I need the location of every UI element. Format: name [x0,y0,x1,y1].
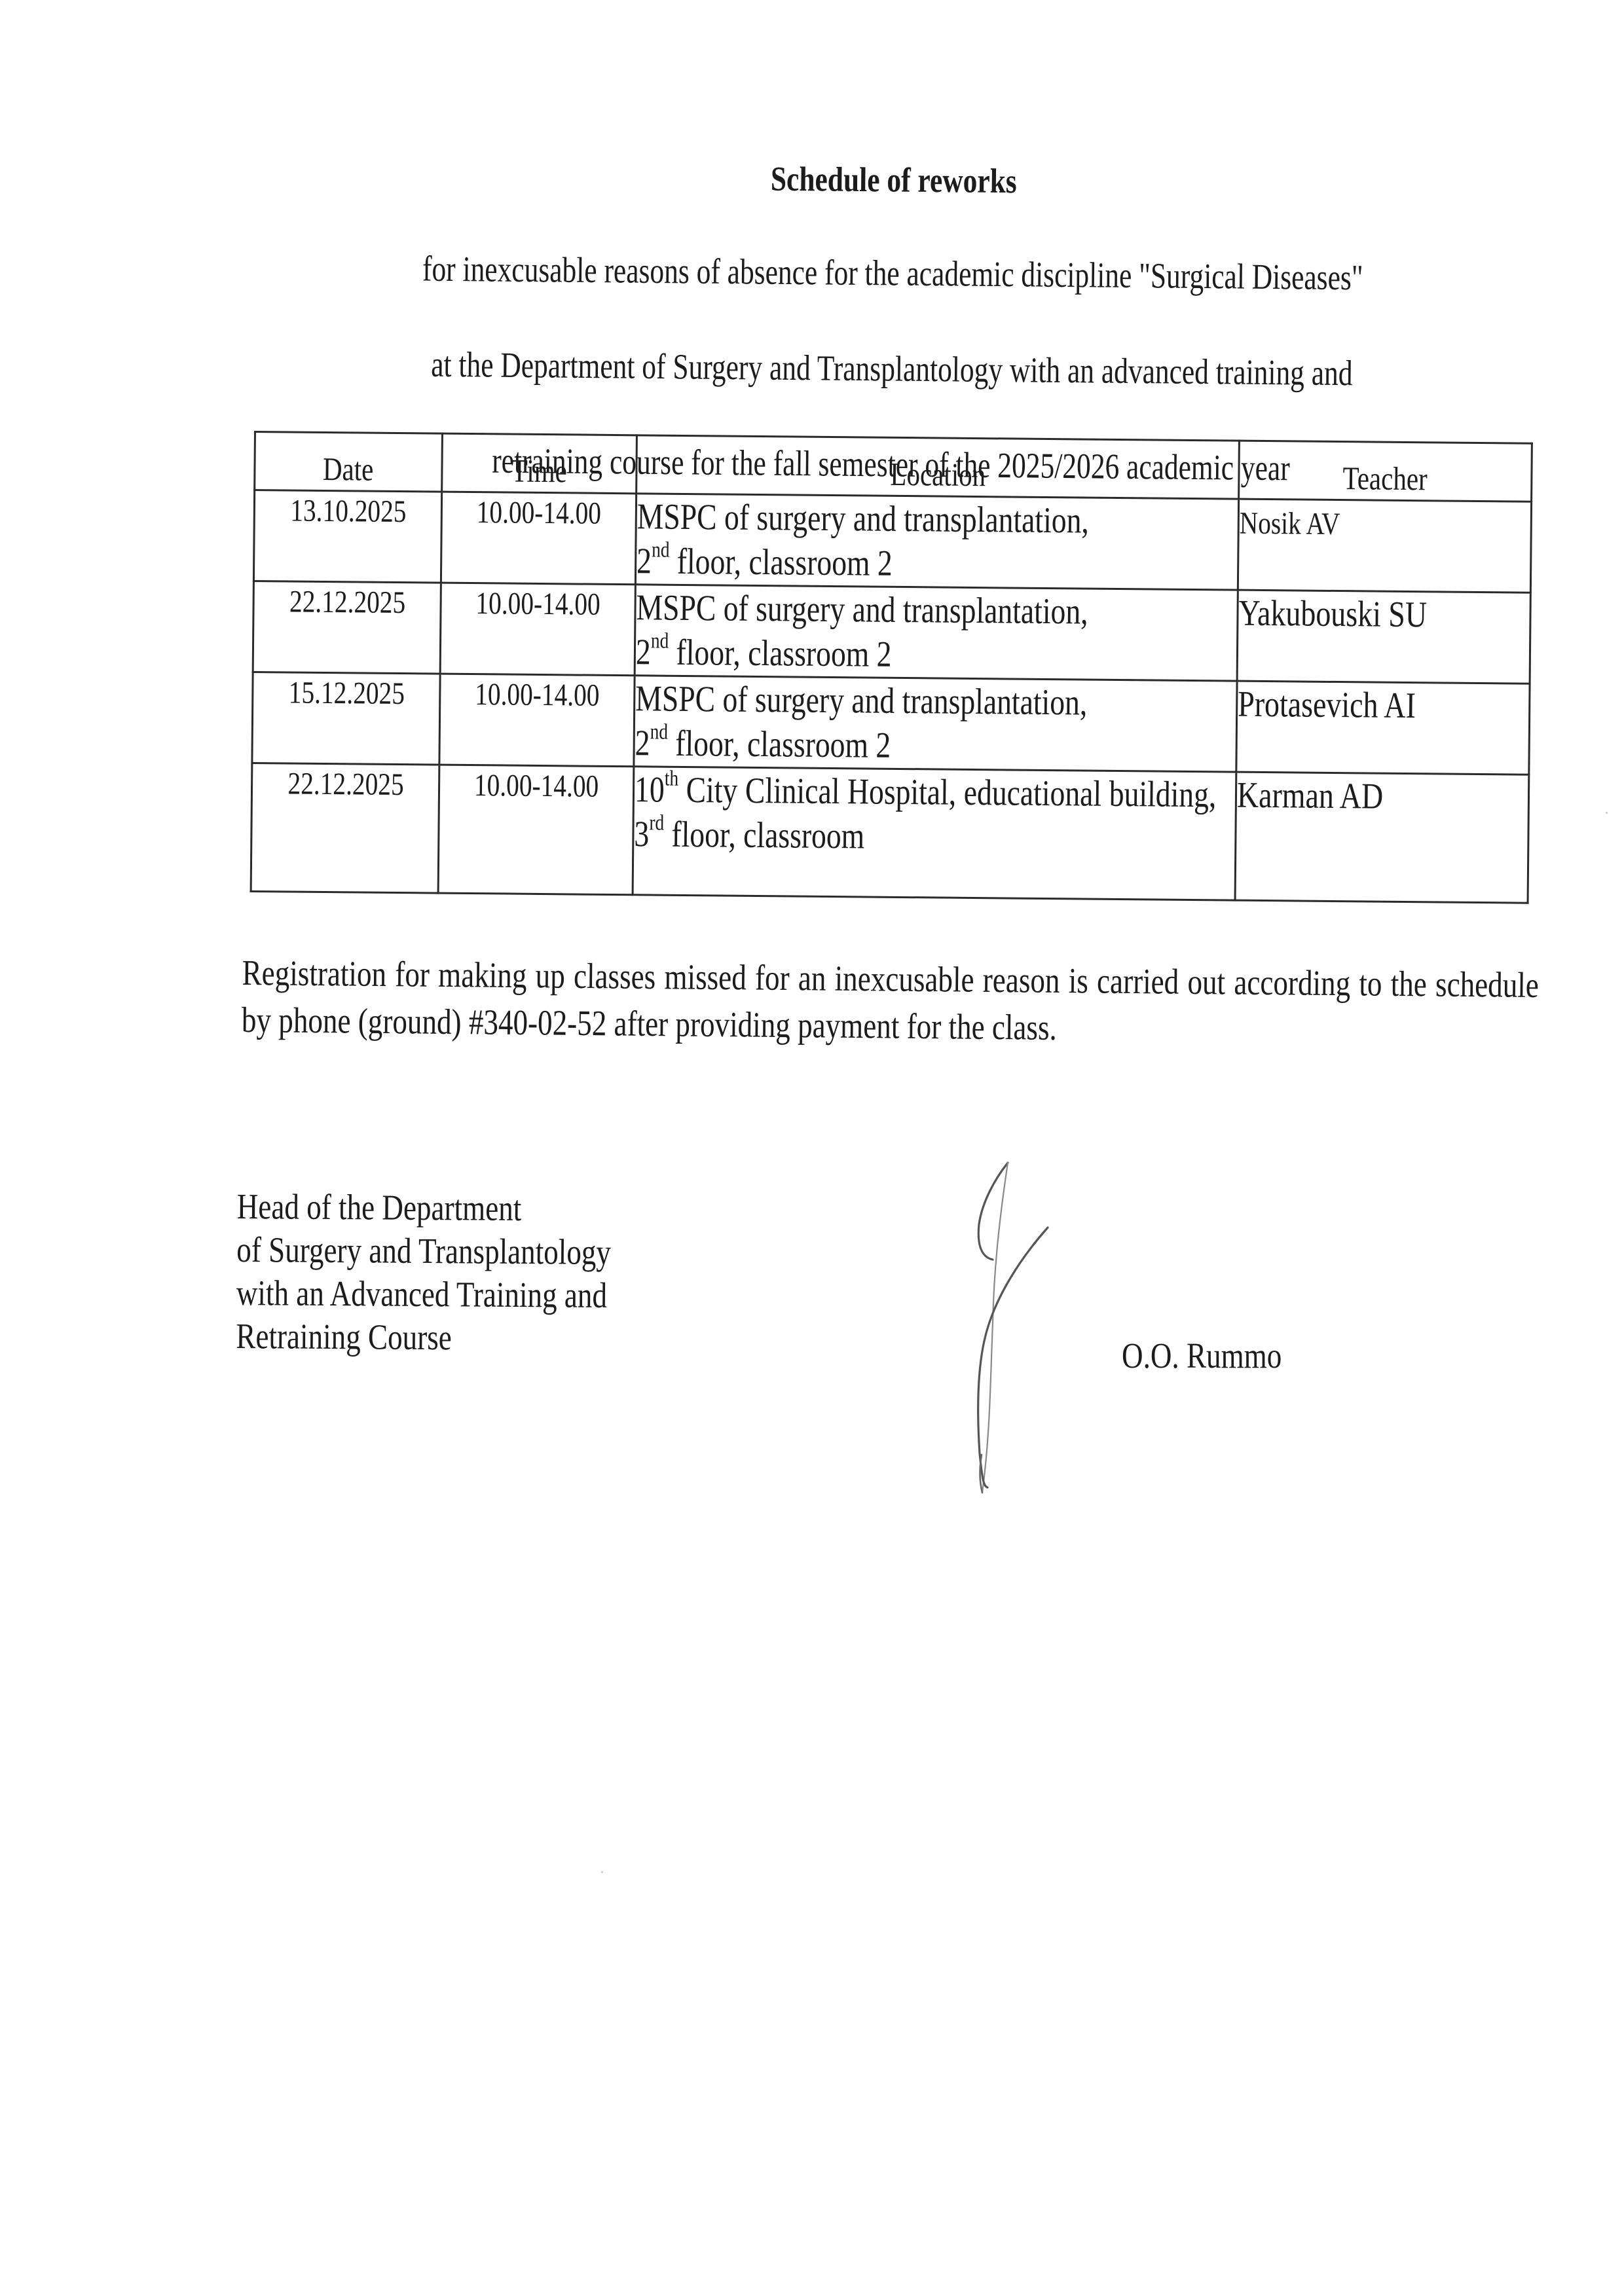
signatory-position: Head of the Department of Surgery and Tr… [236,1185,693,1361]
cell-date: 22.12.2025 [253,581,441,674]
cell-location: MSPC of surgery and transplantation, 2nd… [635,585,1238,681]
cell-time: 10.00-14.00 [440,583,635,676]
cell-date: 22.12.2025 [251,763,439,893]
cell-teacher: Nosik AV [1238,499,1531,592]
cell-location: MSPC of surgery and transplantation, 2nd… [635,494,1238,590]
document-page: Schedule of reworks for inexcusable reas… [0,0,1624,2296]
subtitle-line: at the Department of Surgery and Transpl… [250,338,1534,399]
cell-time: 10.00-14.00 [441,492,636,585]
signatory-name: O.O. Rummo [1122,1334,1282,1377]
position-line: of Surgery and Transplantology [236,1228,611,1274]
table-row: 15.12.2025 10.00-14.00 MSPC of surgery a… [252,672,1530,774]
cell-location: 10th City Clinical Hospital, educational… [633,767,1236,900]
cell-location: MSPC of surgery and transplantation, 2nd… [634,676,1237,772]
handwritten-signature-icon [917,1152,1113,1728]
cell-time: 10.00-14.00 [438,765,634,895]
table-row: 13.10.2025 10.00-14.00 MSPC of surgery a… [253,490,1531,593]
cell-date: 15.12.2025 [252,672,440,765]
schedule-table: Date Time Location Teacher 13.10.2025 10… [250,431,1533,904]
scan-speck [601,1871,603,1873]
cell-date: 13.10.2025 [253,490,441,583]
column-header-date: Date [255,432,443,492]
cell-teacher: Karman AD [1235,772,1529,903]
scan-speck [1606,812,1608,814]
cell-teacher: Yakubouski SU [1237,590,1530,683]
position-line: with an Advanced Training and [236,1271,611,1317]
schedule-table-container: Date Time Location Teacher 13.10.2025 10… [250,431,1531,904]
cell-time: 10.00-14.00 [439,674,635,767]
position-line: Retraining Course [236,1315,610,1360]
document-title: Schedule of reworks [770,160,1016,202]
cell-teacher: Protasevich AI [1236,681,1530,774]
registration-note: Registration for making up classes misse… [242,949,1539,1056]
position-line: Head of the Department [237,1185,612,1231]
table-row: 22.12.2025 10.00-14.00 MSPC of surgery a… [253,581,1530,684]
column-header-location: Location [637,435,1240,499]
table-row: 22.12.2025 10.00-14.00 10th City Clinica… [251,763,1529,903]
subtitle-line: for inexcusable reasons of absence for t… [251,243,1534,303]
column-header-teacher: Teacher [1239,441,1532,501]
column-header-time: Time [442,433,637,494]
